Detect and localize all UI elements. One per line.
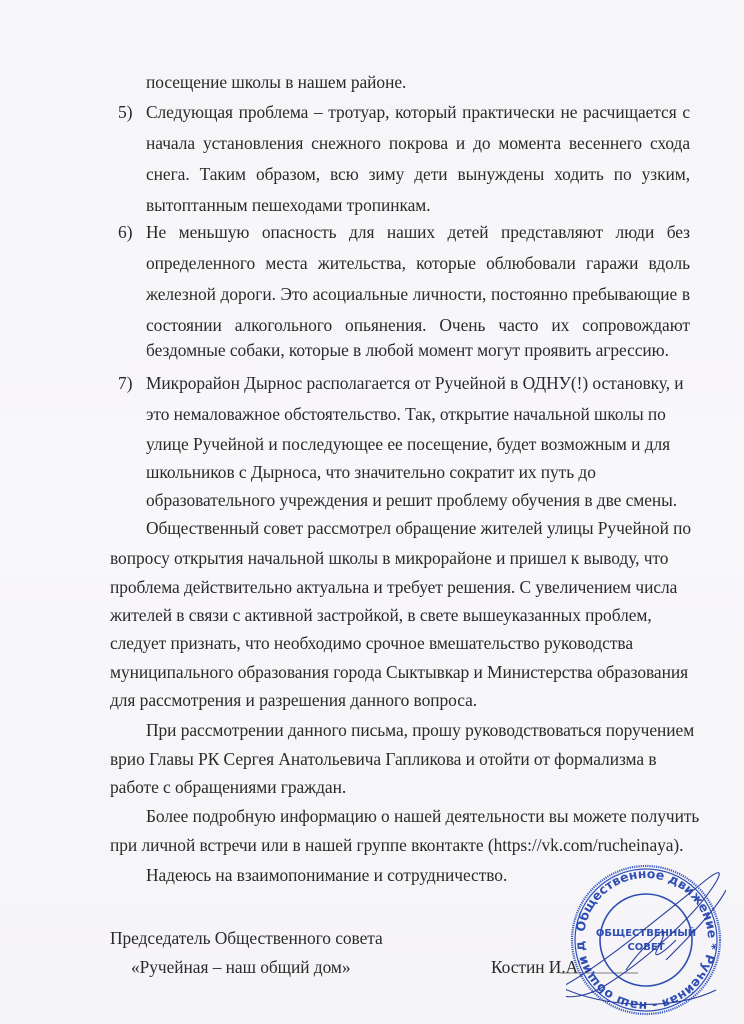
- paragraph-line: Более подробную информацию о нашей деяте…: [146, 806, 699, 826]
- list-item-line: бездомные собаки, которые в любой момент…: [146, 340, 669, 360]
- list-number: 5): [118, 102, 133, 122]
- paragraph-line: работе с обращениями граждан.: [110, 777, 346, 797]
- paragraph-line: муниципального образования города Сыктыв…: [110, 662, 688, 682]
- list-item-line: определенного места жительства, которые …: [146, 253, 690, 273]
- list-item-line: состоянии алкогольного опьянения. Очень …: [146, 315, 690, 335]
- list-item-line: Не меньшую опасность для наших детей пре…: [146, 222, 690, 242]
- stamp-center-line2: СОВЕТ: [627, 942, 664, 953]
- list-item-line: вытоптанным пешеходами тропинкам.: [146, 195, 431, 215]
- paragraph-line: следует признать, что необходимо срочное…: [110, 633, 633, 653]
- official-stamp: Общественное движение * Ручейная - наш о…: [566, 860, 726, 1020]
- paragraph-line: Общественный совет рассмотрел обращение …: [146, 518, 691, 538]
- paragraph-line: Надеюсь на взаимопонимание и сотрудничес…: [146, 865, 507, 885]
- list-item-line: Микрорайон Дырнос располагается от Ручей…: [146, 373, 684, 393]
- list-item-line: Следующая проблема – тротуар, который пр…: [146, 102, 690, 122]
- list-number: 6): [118, 222, 133, 242]
- paragraph-line: При рассмотрении данного письма, прошу р…: [146, 720, 694, 740]
- list-number: 7): [118, 373, 133, 393]
- list-item-line: школьников с Дырноса, что значительно со…: [146, 462, 596, 482]
- paragraph-line: при личной встречи или в нашей группе вк…: [110, 835, 683, 855]
- list-item-line: железной дороги. Это асоциальные личност…: [146, 284, 690, 304]
- paragraph-line: врио Главы РК Сергея Анатольевича Гаплик…: [110, 749, 656, 769]
- paragraph-line: для рассмотрения и разрешения данного во…: [110, 690, 477, 710]
- list-item-line: образовательного учреждения и решит проб…: [146, 490, 677, 510]
- list-item-line: это немаловажное обстоятельство. Так, от…: [146, 404, 666, 424]
- list-continuation: посещение школы в нашем районе.: [146, 72, 406, 92]
- signature-organization: «Ручейная – наш общий дом»: [131, 957, 351, 977]
- list-item-line: улице Ручейной и последующее ее посещени…: [146, 434, 670, 454]
- paragraph-line: жителей в связи с активной застройкой, в…: [110, 605, 652, 625]
- signature-title: Председатель Общественного совета: [110, 928, 383, 948]
- list-item-line: снега. Таким образом, всю зиму дети выну…: [146, 164, 690, 184]
- document-page: посещение школы в нашем районе. 5) Следу…: [0, 0, 744, 1024]
- list-item-line: начала установления снежного покрова и д…: [146, 133, 690, 153]
- paragraph-line: проблема действительно актуальна и требу…: [110, 577, 677, 597]
- paragraph-line: вопросу открытия начальной школы в микро…: [110, 548, 668, 568]
